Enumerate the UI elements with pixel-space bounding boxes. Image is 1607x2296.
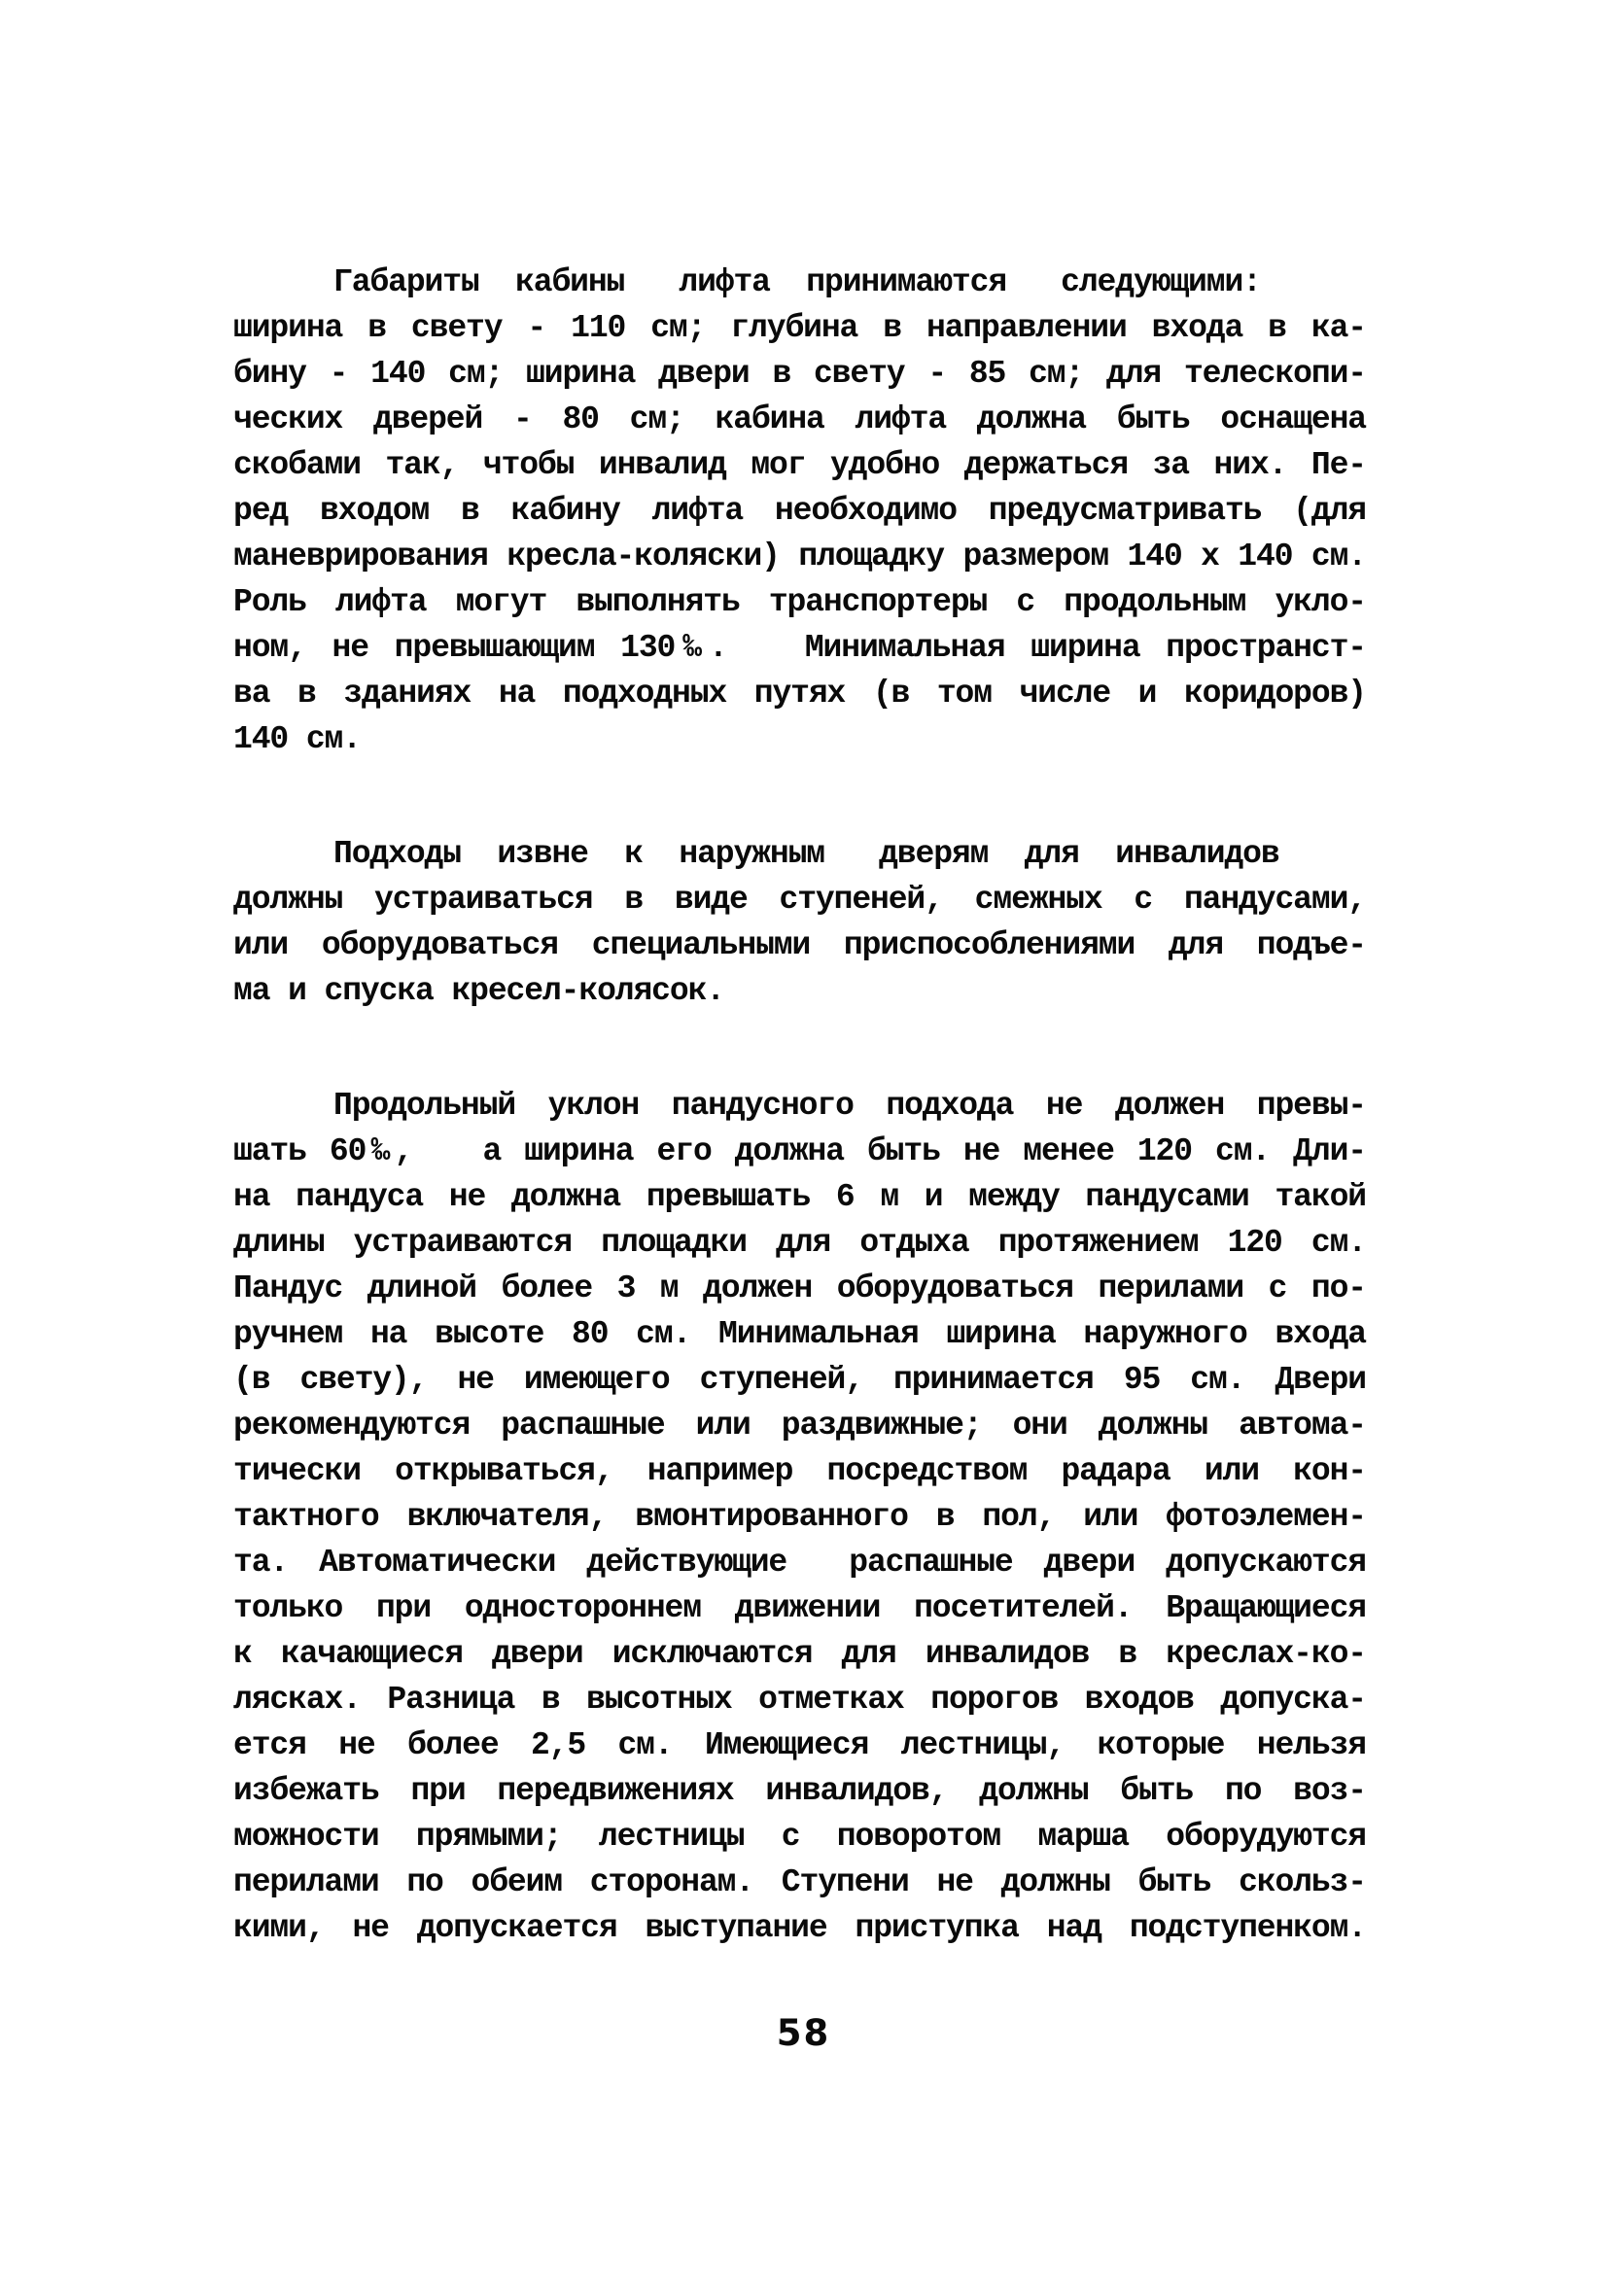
text-line: 140 см. [233,716,1366,762]
text-line: должны устраиваться в виде ступеней, сме… [233,877,1366,922]
text-line: длины устраиваются площадки для отдыха п… [233,1220,1366,1266]
text-line: ма и спуска кресел-колясок. [233,968,1366,1014]
text-line: бину - 140 см; ширина двери в свету - 85… [233,351,1366,397]
text-line: ширина в свету - 110 см; глубина в напра… [233,305,1366,351]
text-line: та. Автоматически действующие распашные … [233,1540,1366,1585]
text-line: можности прямыми; лестницы с поворотом м… [233,1814,1366,1860]
text-line: только при одностороннем движении посети… [233,1585,1366,1631]
text-line: Продольный уклон пандусного подхода не д… [233,1083,1366,1129]
text-line: Пандус длиной более 3 м должен оборудова… [233,1266,1366,1311]
text-line: (в свету), не имеющего ступеней, принима… [233,1357,1366,1403]
paragraph: Габариты кабины лифта принимаются следую… [233,260,1366,762]
paragraph: Продольный уклон пандусного подхода не д… [233,1083,1366,1951]
text-line: Роль лифта могут выполнять транспортеры … [233,579,1366,625]
text-line: ручнем на высоте 80 см. Минимальная шири… [233,1311,1366,1357]
text-line: Габариты кабины лифта принимаются следую… [233,260,1366,305]
text-line: тически открываться, например посредство… [233,1448,1366,1494]
text-line: шать 60‰, а ширина его должна быть не ме… [233,1129,1366,1174]
text-line: лясках. Разница в высотных отметках поро… [233,1677,1366,1722]
text-line: рекомендуются распашные или раздвижные; … [233,1403,1366,1448]
text-line: к качающиеся двери исключаются для инвал… [233,1631,1366,1677]
document-page: Габариты кабины лифта принимаются следую… [0,0,1607,2296]
text-line: перилами по обеим сторонам. Ступени не д… [233,1860,1366,1905]
paragraph: Подходы извне к наружным дверям для инва… [233,831,1366,1014]
text-line: тактного включателя, вмонтированного в п… [233,1494,1366,1540]
page-body: Габариты кабины лифта принимаются следую… [233,260,1366,1951]
text-line: или оборудоваться специальными приспособ… [233,922,1366,968]
text-line: кими, не допускается выступание приступк… [233,1905,1366,1951]
text-line: ред входом в кабину лифта необходимо пре… [233,488,1366,534]
page-number: 58 [0,2012,1607,2054]
text-line: маневрирования кресла-коляски) площадку … [233,534,1366,579]
text-line: скобами так, чтобы инвалид мог удобно де… [233,442,1366,488]
text-line: избежать при передвижениях инвалидов, до… [233,1768,1366,1814]
text-line: ческих дверей - 80 см; кабина лифта долж… [233,397,1366,442]
text-line: Подходы извне к наружным дверям для инва… [233,831,1366,877]
text-line: на пандуса не должна превышать 6 м и меж… [233,1174,1366,1220]
text-line: ется не более 2,5 см. Имеющиеся лестницы… [233,1722,1366,1768]
text-line: ном, не превышающим 130‰. Минимальная ши… [233,625,1366,671]
text-line: ва в зданиях на подходных путях (в том ч… [233,671,1366,716]
